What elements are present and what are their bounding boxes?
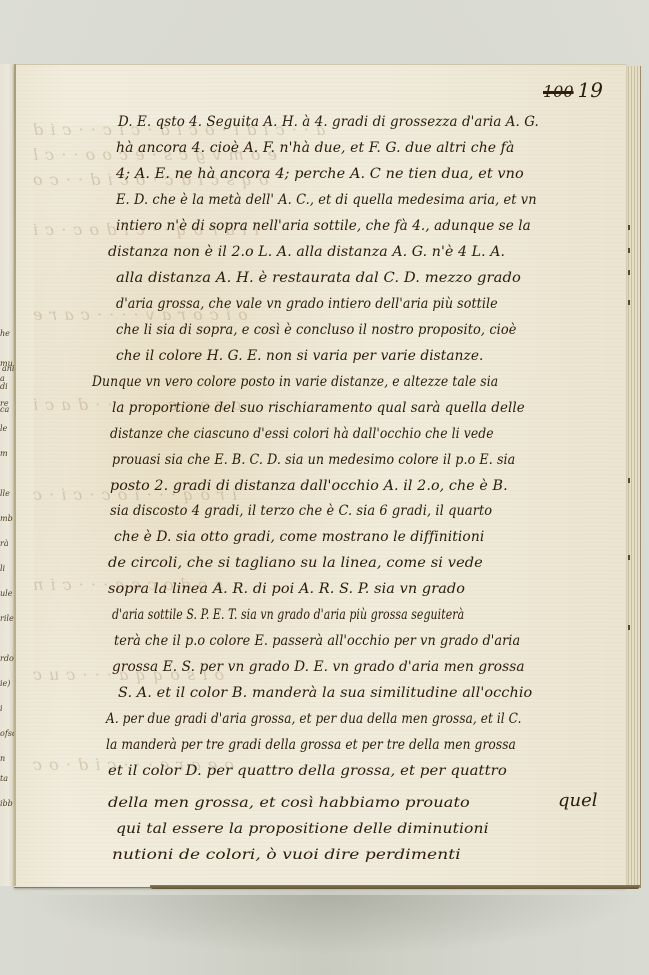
text-line: distanza non è il 2.o L. A. alla distanz… [108,244,505,260]
text-line: intiero n'è di sopra nell'aria sottile, … [116,218,531,234]
text-line: D. E. qsto 4. Seguita A. H. à 4. gradi d… [118,114,539,130]
text-line: hà ancora 4. cioè A. F. n'hà due, et F. … [116,140,514,156]
text-line: Dunque vn vero colore posto in varie dis… [92,374,498,390]
text-line: posto 2. gradi di distanza dall'occhio A… [110,478,508,494]
text-line: qui tal essere la propositione delle dim… [116,821,489,837]
manuscript-text-block: D. E. qsto 4. Seguita A. H. à 4. gradi d… [0,0,649,975]
text-line: la proportione del suo rischiaramento qu… [112,400,525,416]
text-line: sia discosto 4 gradi, il terzo che è C. … [110,503,492,519]
text-line: A. per due gradi d'aria grossa, et per d… [106,711,522,727]
text-line: S. A. et il color B. manderà la sua simi… [118,685,532,701]
text-line: E. D. che è la metà dell' A. C., et di q… [116,192,537,208]
text-line: sopra la linea A. R. di poi A. R. S. P. … [108,581,465,597]
text-line: grossa E. S. per vn grado D. E. vn grado… [112,659,525,675]
text-line: d'aria grossa, che vale vn grado intiero… [116,296,498,312]
text-line: alla distanza A. H. è restaurata dal C. … [116,270,521,286]
text-line: distanze che ciascuno d'essi colori hà d… [110,426,494,442]
text-line: che il colore H. G. E. non si varia per … [116,348,483,364]
text-line: d'aria sottile S. P. E. T. sia vn grado … [112,607,464,623]
text-line: che li sia di sopra, e così è concluso i… [116,322,517,338]
text-line: che è D. sia otto gradi, come mostrano l… [114,529,484,545]
catchword: quel [558,790,598,811]
text-line: 4; A. E. ne hà ancora 4; perche A. C ne … [116,166,524,182]
text-line: de circoli, che si tagliano su la linea,… [108,555,483,571]
text-line: della men grossa, et così habbiamo proua… [108,795,470,811]
text-line: prouasi sia che E. B. C. D. sia un medes… [112,452,515,468]
text-line: la manderà per tre gradi della grossa et… [106,737,516,753]
text-line: nutioni de colori, ò vuoi dire perdiment… [112,847,461,863]
text-line: et il color D. per quattro della grossa,… [108,763,507,779]
text-line: terà che il p.o colore E. passerà all'oc… [114,633,520,649]
